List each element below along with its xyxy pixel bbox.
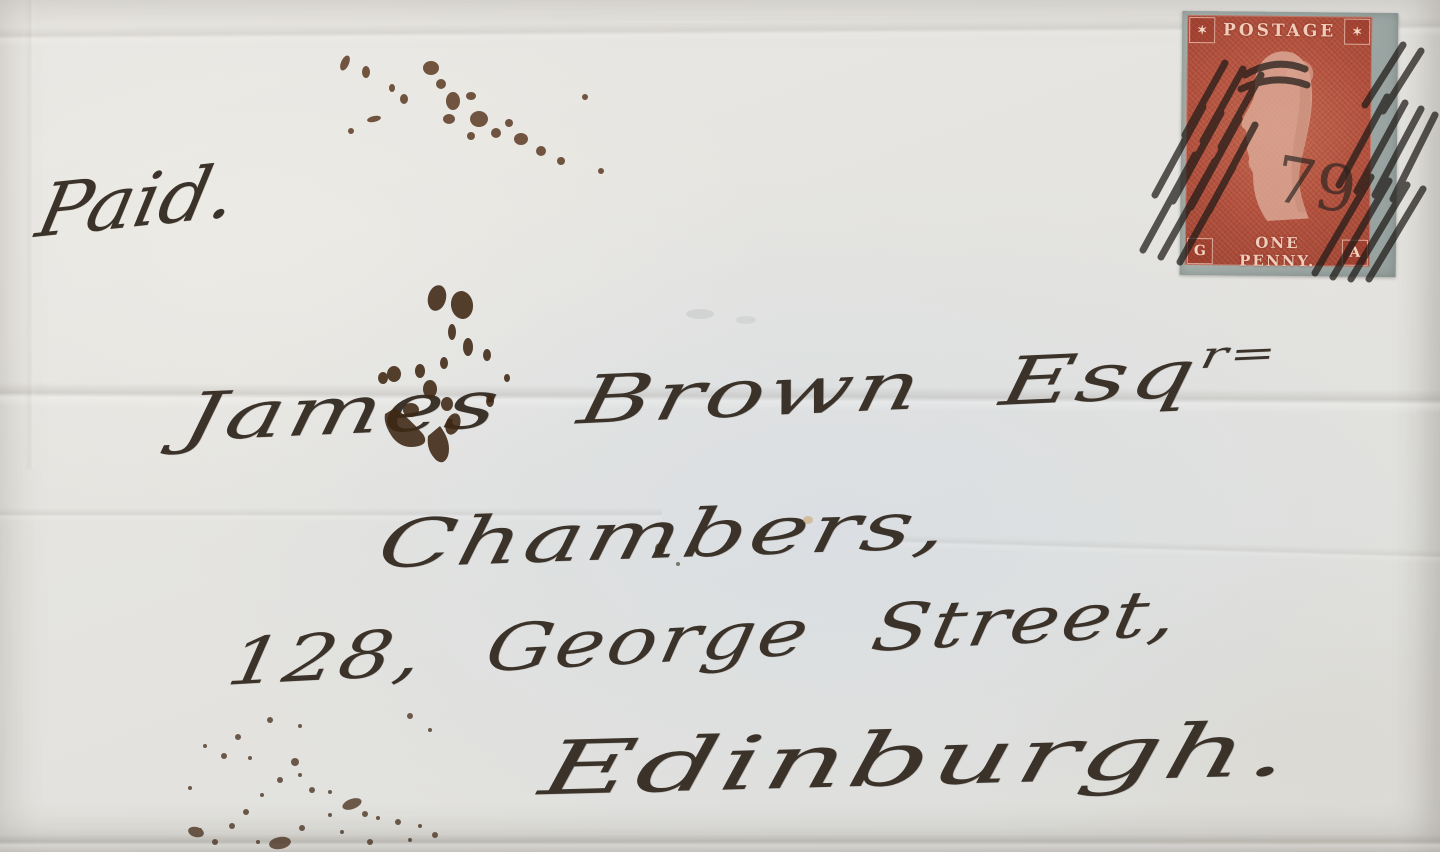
paid-annotation: Paid. (30, 147, 245, 254)
stamp-top-band: ✶ POSTAGE ✶ (1188, 16, 1371, 45)
stamp-top-label: POSTAGE (1216, 20, 1343, 41)
stamp-corner-letter-a: A (1342, 239, 1368, 265)
stamp-bottom-label: ONE PENNY. (1214, 233, 1341, 270)
stamp-frame: ✶ POSTAGE ✶ G ONE PENNY. A (1185, 15, 1373, 267)
address-line-1-main: James Brown Esq (176, 335, 1205, 457)
paid-annotation-text: Paid. (30, 147, 245, 254)
crease-right-mid (893, 534, 1440, 563)
crease-bottom (0, 834, 1440, 852)
stamp-corner-letter-g: G (1187, 237, 1213, 263)
splatter-cluster-bottom-left (187, 713, 438, 851)
address-line-2: Chambers, (372, 486, 959, 584)
queen-victoria-portrait-icon (1204, 40, 1356, 234)
stamp-bottom-band: G ONE PENNY. A (1186, 237, 1369, 266)
address-line-4: Edinburgh. (533, 706, 1303, 812)
envelope: Paid. James Brown Esqr= Chambers, 128, G… (0, 0, 1440, 852)
stamp-ornament-right-icon: ✶ (1344, 18, 1370, 44)
address-line-3: 128, George Street, (221, 576, 1186, 701)
postage-stamp: ✶ POSTAGE ✶ G ONE PENNY. A (1180, 11, 1399, 277)
address-line-1-superscript: r= (1197, 330, 1283, 377)
splatter-cluster-top (338, 54, 604, 174)
address-line-1: James Brown Esqr= (176, 330, 1283, 456)
stamp-ornament-left-icon: ✶ (1189, 16, 1215, 42)
